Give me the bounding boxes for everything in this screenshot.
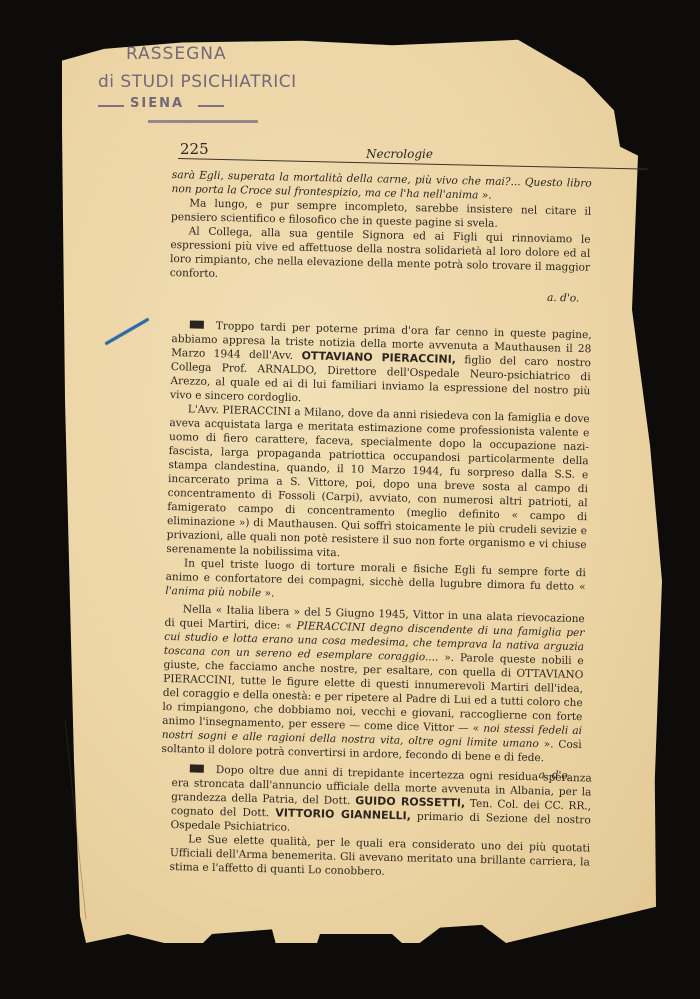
stamp-line-rassegna: RASSEGNA (126, 44, 227, 64)
paragraph: Dopo oltre due anni di trepidante incert… (170, 762, 591, 842)
paragraph: Nella « Italia libera » del 5 Giugno 194… (161, 602, 585, 766)
paragraph: L'Avv. PIERACCINI a Milano, dove da anni… (166, 402, 590, 566)
section-marker (190, 764, 204, 772)
running-head: Necrologie (366, 147, 433, 161)
paragraph: In quel triste luogo di torture morali e… (165, 556, 586, 608)
page-number: 225 (180, 140, 209, 158)
obituary-pieraccini: Troppo tardi per poterne prima d'ora far… (161, 318, 592, 783)
name-vittorio-giannelli: VITTORIO GIANNELLI, (275, 806, 411, 822)
name-ottaviano-pieraccini: OTTAVIANO PIERACCINI, (301, 349, 456, 366)
stamp-line-studi: di STUDI PSICHIATRICI (98, 72, 297, 92)
section-marker (190, 320, 204, 328)
stamp-dash-left (98, 105, 124, 107)
stamp-dash-right (198, 105, 224, 107)
paragraph: Troppo tardi per poterne prima d'ora far… (170, 318, 592, 412)
stamp-underline (148, 120, 258, 123)
obituary-rossetti: Dopo oltre due anni di trepidante incert… (169, 762, 591, 883)
paragraph: Al Collega, alla sua gentile Signora ed … (170, 224, 591, 289)
obituary-section-1: sarà Egli, superata la mortalità della c… (169, 168, 592, 306)
stamp-line-siena: SIENA (130, 96, 184, 111)
name-guido-rossetti: GUIDO ROSSETTI, (355, 794, 465, 809)
